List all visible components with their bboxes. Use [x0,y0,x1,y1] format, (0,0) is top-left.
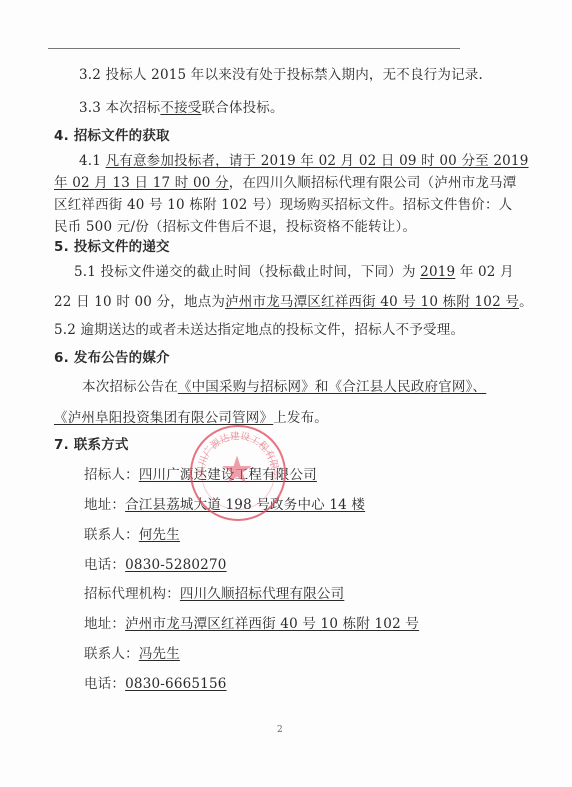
item-3-2-text: 3.2 投标人 2015 年以来没有处于投标禁入期内，无不良行为记录. [79,67,483,83]
agency-address-row: 地址：泸州市龙马潭区红祥西街 40 号 10 栋附 102 号 [84,616,419,632]
agency-contact-value: 冯先生 [139,646,180,662]
item-5-1-line2: 22 日 10 时 00 分，地点为泸州市龙马潭区红祥西街 40 号 10 栋附… [54,294,533,310]
item-3-3-prefix: 3.3 本次招标 [79,100,160,116]
item-5-1-address: 泸州市龙马潭区红祥西街 40 号 10 栋附 102 号 [225,294,519,310]
item-4-1-line2: 年 02 月 13 日 17 时 00 分，在四川久顺招标代理有限公司（泸州市龙… [54,175,516,191]
tenderer-contact-label: 联系人： [84,527,139,543]
tenderer-phone-label: 电话： [84,557,125,573]
header-rule [48,48,460,49]
document-page: 3.2 投标人 2015 年以来没有处于投标禁入期内，无不良行为记录. 3.3 … [0,0,572,787]
media-site: 《泸州阜阳投资集团有限公司管网》 [54,410,273,426]
item-5-1-year: 2019 [420,264,455,280]
item-4-1-number: 4.1 [79,153,106,169]
tenderer-phone-value: 0830-5280270 [125,557,226,573]
item-4-1-line4: 民币 500 元/份（招标文件售后不退，投标资格不能转让）。 [54,219,416,235]
item-4-1-line1: 4.1 凡有意参加投标者，请于 2019 年 02 月 02 日 09 时 00… [79,153,529,169]
media-list: 《中国采购与招标网》和《合江县人民政府官网》、 [178,379,486,395]
agency-contact-row: 联系人：冯先生 [84,646,180,662]
item-4-1-line3: 区红祥西街 40 号 10 栋附 102 号）现场购买招标文件。招标文件售价：人 [54,197,512,213]
item-3-2: 3.2 投标人 2015 年以来没有处于投标禁入期内，无不良行为记录. [79,67,483,83]
section-6-line2: 《泸州阜阳投资集团有限公司管网》上发布。 [54,410,328,426]
agency-address-value: 泸州市龙马潭区红祥西街 40 号 10 栋附 102 号 [125,616,419,632]
section-6-suffix: 上发布。 [273,410,328,426]
item-4-1-period: 凡有意参加投标者，请于 2019 年 02 月 02 日 09 时 00 分至 … [106,153,529,169]
section-6-heading: 6. 发布公告的媒介 [54,350,170,366]
agency-phone-label: 电话： [84,676,125,692]
item-5-1-time: 22 日 10 时 00 分，地点为 [54,294,225,310]
tenderer-contact-value: 何先生 [139,527,180,543]
agency-value: 四川久顺招标代理有限公司 [180,586,344,602]
tenderer-address-row: 地址：合江县荔城大道 198 号政务中心 14 楼 [84,497,387,513]
item-3-3-emphasis: 不接受 [160,100,201,116]
item-3-3: 3.3 本次招标不接受联合体投标。 [79,100,284,116]
item-5-1-line1: 5.1 投标文件递交的截止时间（投标截止时间，下同）为 2019 年 02 月 [74,264,514,280]
tenderer-value: 四川广源达建设工程有限公司 [139,467,317,483]
agency-phone-row: 电话：0830-6665156 [84,676,227,692]
section-5-heading: 5. 投标文件的递交 [54,239,170,255]
section-7-heading: 7. 联系方式 [54,437,129,453]
page-number: 2 [277,725,283,735]
agency-label: 招标代理机构： [84,586,180,602]
tenderer-label: 招标人： [84,467,139,483]
tenderer-address-label: 地址： [84,497,125,513]
agency-contact-label: 联系人： [84,646,139,662]
agency-address-label: 地址： [84,616,125,632]
item-5-1-text: 5.1 投标文件递交的截止时间（投标截止时间，下同）为 [74,264,420,280]
tenderer-contact-row: 联系人：何先生 [84,527,180,543]
item-5-1-end: 。 [519,294,533,310]
section-6-line1: 本次招标公告在《中国采购与招标网》和《合江县人民政府官网》、 [82,379,486,395]
agency-row: 招标代理机构：四川久顺招标代理有限公司 [84,586,344,602]
section-6-prefix: 本次招标公告在 [82,379,178,395]
tenderer-row: 招标人：四川广源达建设工程有限公司 [84,467,317,483]
item-5-1-month: 年 02 月 [455,264,513,280]
tenderer-address-value: 合江县荔城大道 198 号政务中心 14 楼 [125,497,387,513]
item-4-1-period-end: 年 02 月 13 日 17 时 00 分 [54,175,229,191]
section-4-heading: 4. 招标文件的获取 [54,128,170,144]
item-3-3-suffix: 联合体投标。 [201,100,283,116]
item-5-2: 5.2 逾期送达的或者未送达指定地点的投标文件，招标人不予受理。 [54,322,464,338]
item-4-1-location: ，在四川久顺招标代理有限公司（泸州市龙马潭 [229,175,517,191]
agency-phone-value: 0830-6665156 [125,676,226,692]
tenderer-phone-row: 电话：0830-5280270 [84,557,227,573]
